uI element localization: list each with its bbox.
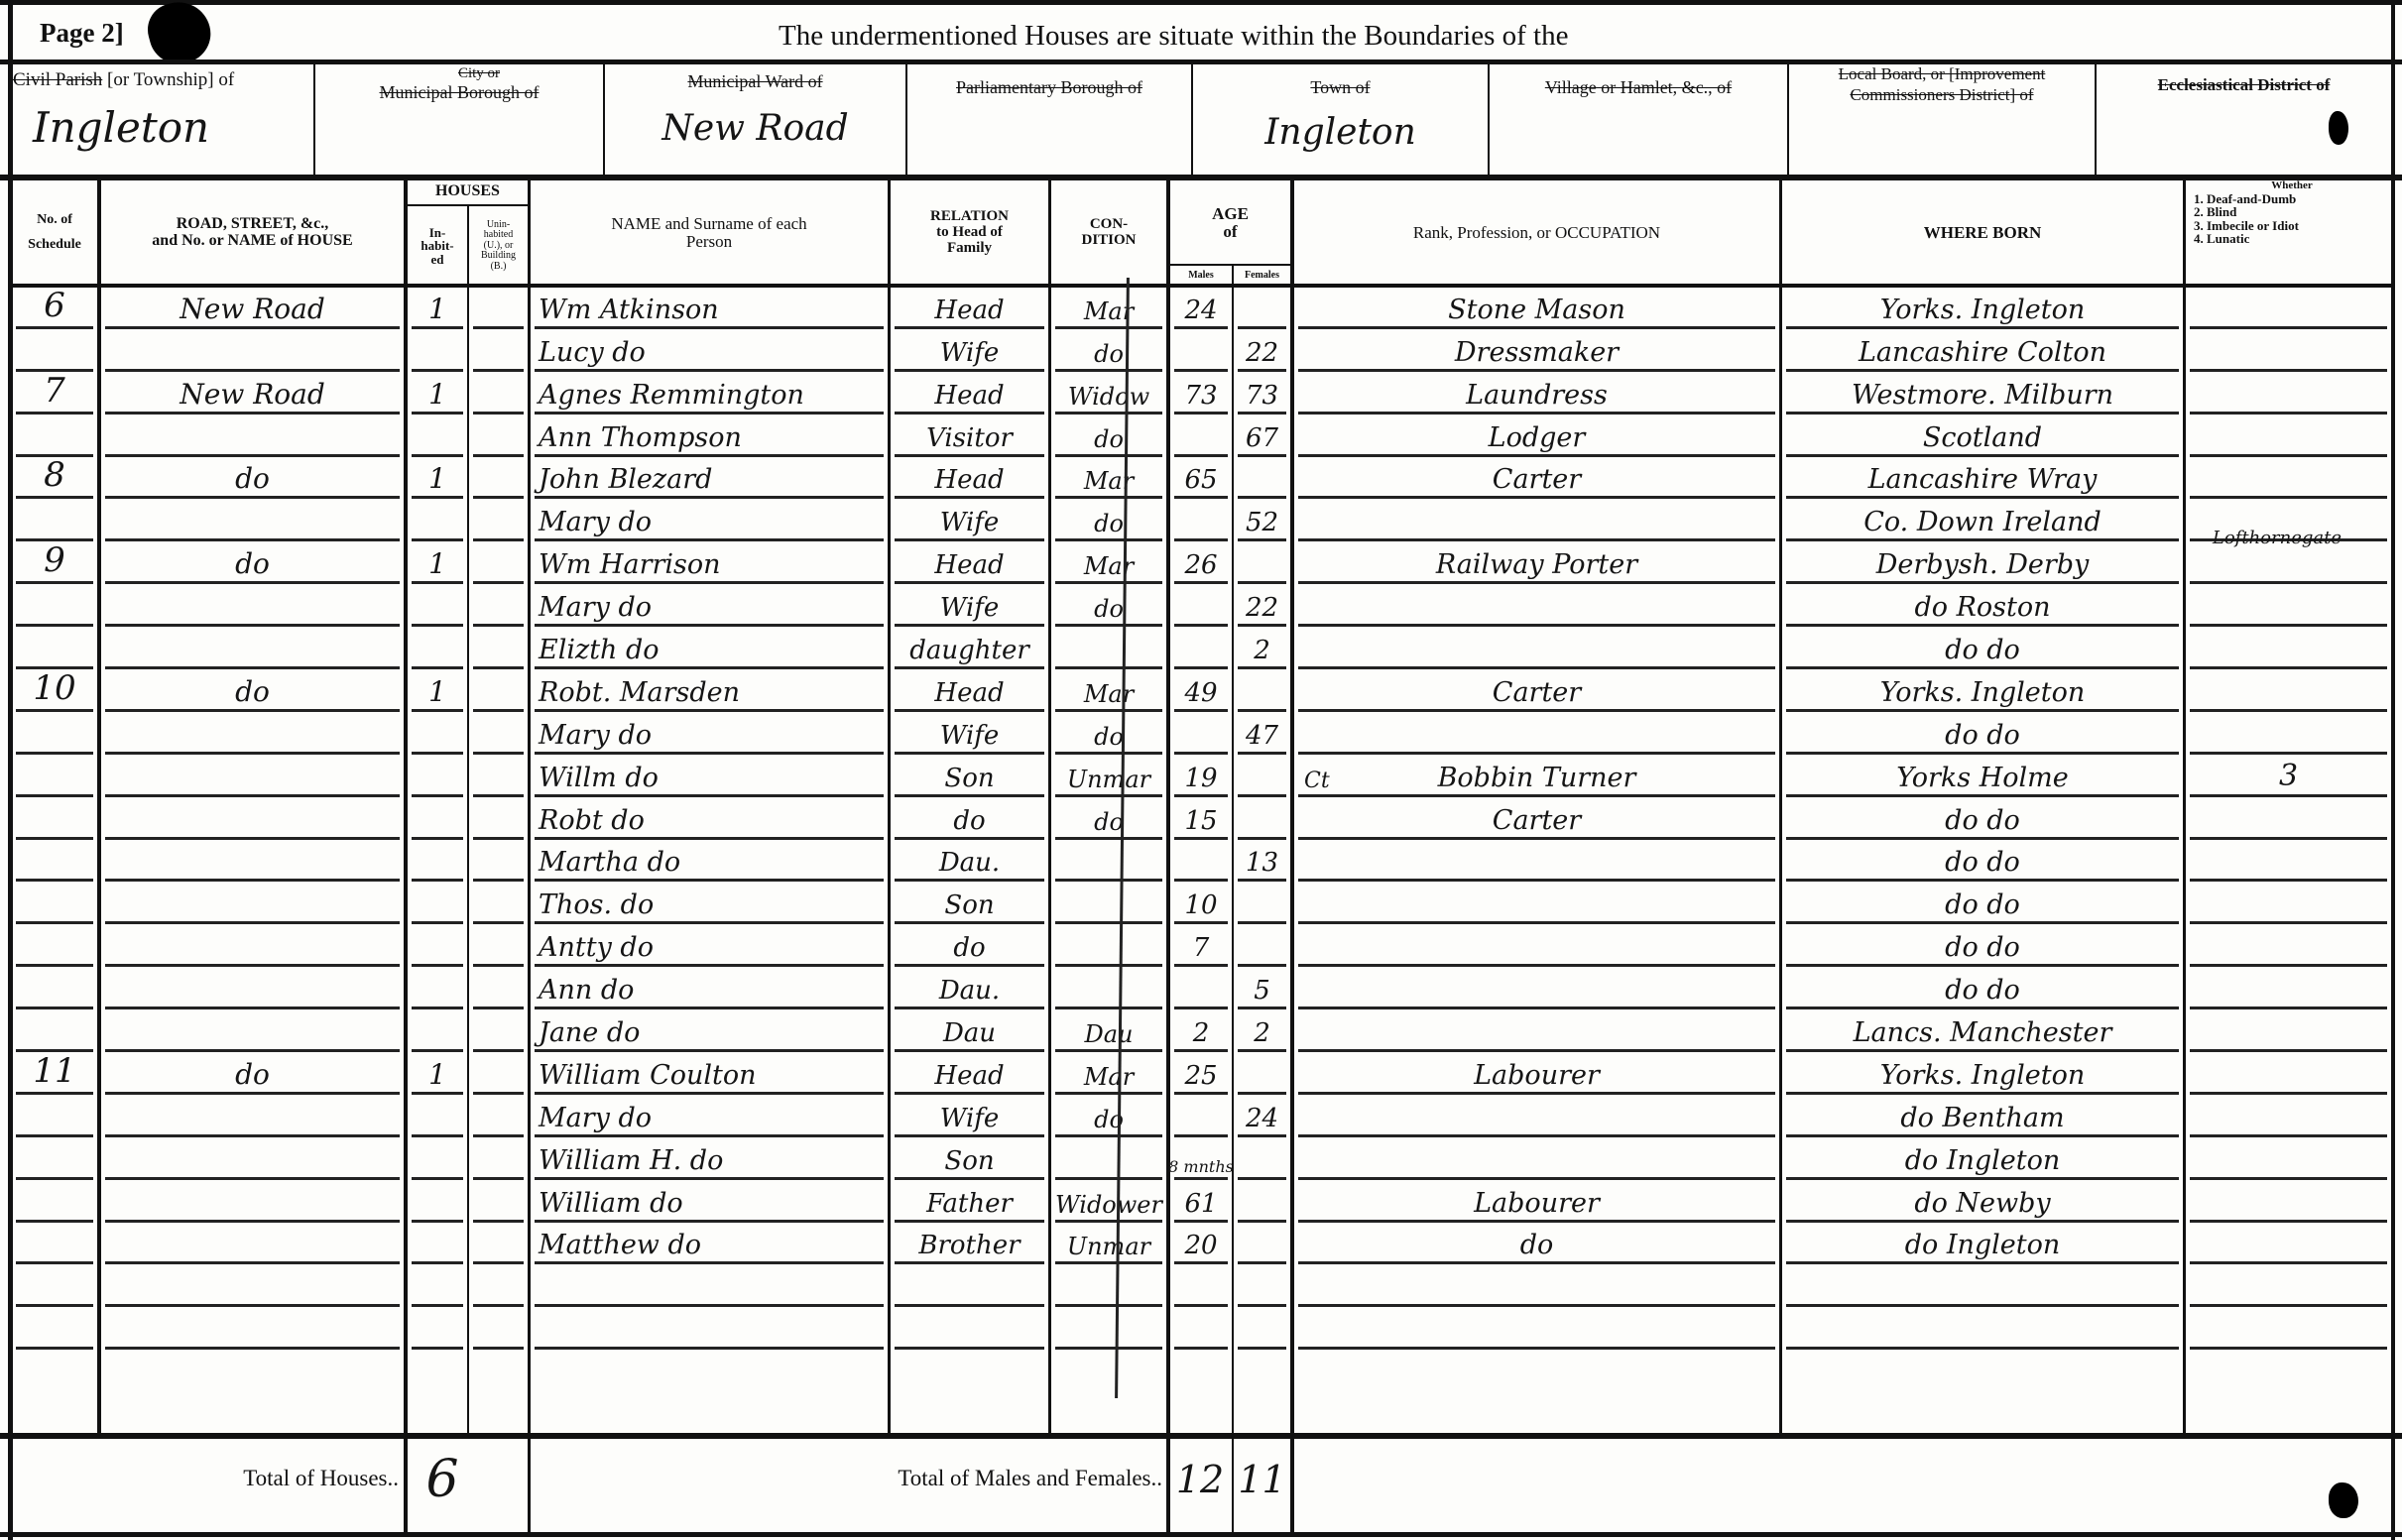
cell-occupation	[1294, 840, 1779, 883]
table-row: 9do1Wm HarrisonHeadMar26Railway PorterDe…	[0, 541, 2402, 584]
cell-relation: Dau	[891, 1009, 1048, 1052]
cell-road	[101, 797, 404, 840]
cell-occupation	[1294, 924, 1779, 967]
table-row: Antty dodo7do do	[0, 924, 2402, 967]
cell-schedule	[12, 584, 97, 627]
cell-condition	[1051, 1307, 1166, 1350]
cell-where-born: Yorks Holme	[1782, 755, 2183, 797]
cell-male-age	[1170, 1264, 1232, 1307]
cell-name: Jane do	[531, 1009, 888, 1052]
cell-female-age	[1234, 924, 1290, 967]
cell-condition	[1051, 967, 1166, 1009]
location-value: Ingleton	[33, 103, 310, 152]
total-houses-label: Total of Houses..	[99, 1466, 399, 1491]
cell-condition: do	[1051, 415, 1166, 457]
cell-inhabited	[408, 415, 467, 457]
cell-inhabited	[408, 712, 467, 755]
cell-name: Martha do	[531, 840, 888, 883]
cell-female-age	[1234, 882, 1290, 924]
cell-infirmity	[2186, 1009, 2391, 1052]
cell-schedule	[12, 1264, 97, 1307]
cell-where-born: do Bentham	[1782, 1095, 2183, 1137]
cell-inhabited	[408, 584, 467, 627]
cell-female-age: 22	[1234, 584, 1290, 627]
cell-occupation	[1294, 1009, 1779, 1052]
cell-relation: Son	[891, 1137, 1048, 1180]
table-row: Ann doDau.5do do	[0, 967, 2402, 1009]
cell-inhabited: 1	[408, 669, 467, 712]
col-header-name: NAME and Surname of eachPerson	[531, 180, 888, 286]
row-rule	[1174, 1347, 1228, 1350]
cell-schedule	[12, 627, 97, 669]
cell-road	[101, 1264, 404, 1307]
cell-relation: Dau.	[891, 840, 1048, 883]
cell-infirmity	[2186, 584, 2391, 627]
table-row: 11do1William CoultonHeadMar25LabourerYor…	[0, 1052, 2402, 1095]
cell-occupation	[1294, 712, 1779, 755]
cell-road: do	[101, 669, 404, 712]
cell-name: Mary do	[531, 1095, 888, 1137]
cell-where-born: Yorks. Ingleton	[1782, 669, 2183, 712]
location-town: Town of Ingleton	[1193, 77, 1488, 153]
totals-divider	[0, 1433, 2402, 1439]
cell-condition: Dau	[1051, 1009, 1166, 1052]
col-header-whether: Whether 1. Deaf-and-Dumb 2. Blind 3. Imb…	[2194, 180, 2390, 246]
cell-female-age: 24	[1234, 1095, 1290, 1137]
cell-schedule: 9	[12, 541, 97, 584]
cell-female-age	[1234, 1307, 1290, 1350]
cell-name: Wm Harrison	[531, 541, 888, 584]
cell-schedule	[12, 1180, 97, 1223]
cell-male-age: 7	[1170, 924, 1232, 967]
table-row: Mary doWifedo52Co. Down Ireland	[0, 499, 2402, 541]
table-row: Robt dododo15Carterdo do	[0, 797, 2402, 840]
cell-inhabited	[408, 627, 467, 669]
cell-male-age	[1170, 329, 1232, 372]
cell-male-age: 19	[1170, 755, 1232, 797]
row-rule	[895, 1347, 1044, 1350]
cell-condition: do	[1051, 1095, 1166, 1137]
total-houses-value: 6	[408, 1450, 477, 1509]
location-label-struck: Civil Parish	[13, 69, 102, 90]
location-label: [or Township] of	[107, 69, 234, 90]
table-row	[0, 1307, 2402, 1350]
cell-male-age	[1170, 584, 1232, 627]
cell-road	[101, 712, 404, 755]
table-row: Mary doWifedo22do Roston	[0, 584, 2402, 627]
cell-relation: Wife	[891, 499, 1048, 541]
cell-occupation: Stone Mason	[1294, 287, 1779, 329]
cell-infirmity	[2186, 924, 2391, 967]
cell-schedule	[12, 967, 97, 1009]
col-header-age: AGEof	[1170, 184, 1290, 262]
cell-inhabited	[408, 1264, 467, 1307]
cell-name: Wm Atkinson	[531, 287, 888, 329]
cell-condition	[1051, 1264, 1166, 1307]
table-row: Thos. doSon10do do	[0, 882, 2402, 924]
cell-name	[531, 1307, 888, 1350]
cell-occupation: do	[1294, 1223, 1779, 1265]
cell-female-age	[1234, 669, 1290, 712]
cell-inhabited: 1	[408, 287, 467, 329]
cell-inhabited: 1	[408, 541, 467, 584]
cell-inhabited	[408, 1180, 467, 1223]
cell-occupation	[1294, 1307, 1779, 1350]
census-table-body: 6New Road1Wm AtkinsonHeadMar24Stone Maso…	[0, 287, 2402, 1435]
cell-name: Ann do	[531, 967, 888, 1009]
cell-infirmity	[2186, 1052, 2391, 1095]
cell-occupation: Labourer	[1294, 1180, 1779, 1223]
col-header-inhabited: In-habit-ed	[408, 208, 467, 284]
row-rule	[1055, 1347, 1162, 1350]
cell-schedule: 10	[12, 669, 97, 712]
location-village: Village or Hamlet, &c., of	[1490, 77, 1787, 98]
cell-relation: Visitor	[891, 415, 1048, 457]
row-rule	[535, 1347, 884, 1350]
cell-schedule	[12, 1137, 97, 1180]
cell-infirmity	[2186, 882, 2391, 924]
cell-occupation: Laundress	[1294, 372, 1779, 415]
row-rule	[105, 1347, 400, 1350]
cell-male-age: 61	[1170, 1180, 1232, 1223]
cell-male-age	[1170, 1307, 1232, 1350]
cell-inhabited: 1	[408, 1052, 467, 1095]
cell-where-born: do do	[1782, 967, 2183, 1009]
table-row: 10do1Robt. MarsdenHeadMar49CarterYorks. …	[0, 669, 2402, 712]
cell-schedule	[12, 712, 97, 755]
cell-female-age: 5	[1234, 967, 1290, 1009]
cell-schedule	[12, 755, 97, 797]
cell-schedule: 8	[12, 457, 97, 500]
cell-schedule: 6	[12, 287, 97, 329]
cell-female-age	[1234, 1137, 1290, 1180]
cell-road	[101, 1009, 404, 1052]
cell-male-age	[1170, 967, 1232, 1009]
cell-schedule	[12, 924, 97, 967]
cell-female-age	[1234, 755, 1290, 797]
cell-where-born	[1782, 1264, 2183, 1307]
ink-mark	[2329, 111, 2348, 145]
cell-inhabited	[408, 967, 467, 1009]
table-row: Willm doSonUnmar19CtBobbin TurnerYorks H…	[0, 755, 2402, 797]
cell-name: Robt do	[531, 797, 888, 840]
cell-condition	[1051, 1137, 1166, 1180]
cell-where-born: Yorks. Ingleton	[1782, 1052, 2183, 1095]
location-civil-parish: Civil Parish [or Township] of Ingleton	[13, 69, 310, 152]
cell-relation: Head	[891, 287, 1048, 329]
cell-schedule	[12, 797, 97, 840]
location-ecclesiastical: Ecclesiastical District of	[2097, 75, 2391, 95]
table-row: William doFatherWidower61Labourerdo Newb…	[0, 1180, 2402, 1223]
cell-schedule	[12, 415, 97, 457]
cell-infirmity	[2186, 457, 2391, 500]
cell-relation: Son	[891, 755, 1048, 797]
table-row: 7New Road1Agnes RemmingtonHeadWidow7373L…	[0, 372, 2402, 415]
cell-name: Elizth do	[531, 627, 888, 669]
cell-schedule	[12, 1307, 97, 1350]
table-row: Elizth dodaughter2do do	[0, 627, 2402, 669]
table-row: William H. doSon8 mnthsdo Ingleton	[0, 1137, 2402, 1180]
cell-schedule	[12, 1095, 97, 1137]
cell-relation: Head	[891, 457, 1048, 500]
cell-schedule: 7	[12, 372, 97, 415]
cell-where-born: Lancashire Wray	[1782, 457, 2183, 500]
cell-road	[101, 329, 404, 372]
cell-occupation: Lodger	[1294, 415, 1779, 457]
cell-road: New Road	[101, 372, 404, 415]
cell-where-born: Co. Down Ireland	[1782, 499, 2183, 541]
cell-male-age: 10	[1170, 882, 1232, 924]
cell-male-age	[1170, 840, 1232, 883]
row-rule	[1238, 1347, 1286, 1350]
cell-condition	[1051, 840, 1166, 883]
cell-condition: Mar	[1051, 541, 1166, 584]
cell-where-born	[1782, 1307, 2183, 1350]
page-title: The undermentioned Houses are situate wi…	[779, 20, 1568, 53]
cell-male-age: 24	[1170, 287, 1232, 329]
cell-infirmity	[2186, 1264, 2391, 1307]
total-persons-label: Total of Males and Females..	[615, 1466, 1162, 1491]
cell-male-age: 2	[1170, 1009, 1232, 1052]
col-header-houses: HOUSES	[408, 182, 528, 200]
cell-schedule	[12, 1009, 97, 1052]
location-local-board: Local Board, or [Improvement Commissione…	[1789, 63, 2095, 106]
cell-female-age: 52	[1234, 499, 1290, 541]
cell-occupation	[1294, 967, 1779, 1009]
cell-name: William Coulton	[531, 1052, 888, 1095]
cell-name: Ann Thompson	[531, 415, 888, 457]
page-label: Page 2]	[40, 18, 124, 49]
cell-female-age: 22	[1234, 329, 1290, 372]
cell-relation: Wife	[891, 329, 1048, 372]
cell-female-age	[1234, 1180, 1290, 1223]
total-females-value: 11	[1234, 1458, 1290, 1501]
cell-relation: Father	[891, 1180, 1048, 1223]
cell-inhabited	[408, 499, 467, 541]
cell-male-age: 15	[1170, 797, 1232, 840]
cell-where-born: do do	[1782, 840, 2183, 883]
cell-road: New Road	[101, 287, 404, 329]
col-header-relation: RELATIONto Head ofFamily	[891, 180, 1048, 286]
cell-condition: Widower	[1051, 1180, 1166, 1223]
cell-relation: Wife	[891, 712, 1048, 755]
cell-occupation	[1294, 584, 1779, 627]
table-row: 6New Road1Wm AtkinsonHeadMar24Stone Maso…	[0, 287, 2402, 329]
cell-condition: Mar	[1051, 457, 1166, 500]
cell-infirmity	[2186, 287, 2391, 329]
cell-infirmity	[2186, 712, 2391, 755]
cell-infirmity: 3	[2186, 755, 2391, 797]
cell-where-born: do Ingleton	[1782, 1223, 2183, 1265]
cell-female-age: 2	[1234, 627, 1290, 669]
table-row: Mary doWifedo47do do	[0, 712, 2402, 755]
cell-relation: daughter	[891, 627, 1048, 669]
cell-infirmity	[2186, 1137, 2391, 1180]
cell-condition: Unmar	[1051, 1223, 1166, 1265]
row-rule	[1786, 1347, 2179, 1350]
cell-male-age: 73	[1170, 372, 1232, 415]
total-males-value: 12	[1168, 1458, 1232, 1501]
cell-infirmity	[2186, 372, 2391, 415]
cell-occupation	[1294, 1095, 1779, 1137]
cell-occupation: Labourer	[1294, 1052, 1779, 1095]
cell-schedule	[12, 499, 97, 541]
cell-name	[531, 1264, 888, 1307]
cell-infirmity	[2186, 541, 2391, 584]
cell-male-age: 65	[1170, 457, 1232, 500]
table-row	[0, 1264, 2402, 1307]
cell-relation	[891, 1264, 1048, 1307]
cell-male-age	[1170, 499, 1232, 541]
cell-schedule	[12, 1223, 97, 1265]
cell-occupation: Carter	[1294, 797, 1779, 840]
cell-road	[101, 499, 404, 541]
cell-name: John Blezard	[531, 457, 888, 500]
cell-infirmity	[2186, 669, 2391, 712]
cell-road: do	[101, 541, 404, 584]
col-header-schedule: No. ofSchedule	[12, 180, 97, 286]
cell-infirmity	[2186, 967, 2391, 1009]
cell-female-age	[1234, 457, 1290, 500]
cell-female-age: 2	[1234, 1009, 1290, 1052]
cell-road	[101, 584, 404, 627]
cell-inhabited	[408, 1009, 467, 1052]
cell-name: Matthew do	[531, 1223, 888, 1265]
cell-relation: do	[891, 797, 1048, 840]
cell-female-age	[1234, 1223, 1290, 1265]
row-rule	[1298, 1347, 1775, 1350]
cell-inhabited: 1	[408, 457, 467, 500]
cell-infirmity	[2186, 797, 2391, 840]
cell-condition: do	[1051, 584, 1166, 627]
location-parliamentary-borough: Parliamentary Borough of	[907, 77, 1191, 98]
cell-relation: do	[891, 924, 1048, 967]
cell-infirmity	[2186, 1307, 2391, 1350]
cell-male-age	[1170, 712, 1232, 755]
cell-condition	[1051, 627, 1166, 669]
cell-where-born: Westmore. Milburn	[1782, 372, 2183, 415]
cell-name: Mary do	[531, 499, 888, 541]
table-row: 8do1John BlezardHeadMar65CarterLancashir…	[0, 457, 2402, 500]
cell-inhabited	[408, 1095, 467, 1137]
cell-occupation	[1294, 499, 1779, 541]
cell-inhabited	[408, 797, 467, 840]
cell-relation: Head	[891, 372, 1048, 415]
cell-name: Agnes Remmington	[531, 372, 888, 415]
cell-inhabited	[408, 755, 467, 797]
cell-female-age	[1234, 1264, 1290, 1307]
cell-road	[101, 1137, 404, 1180]
cell-occupation	[1294, 627, 1779, 669]
cell-where-born: do do	[1782, 797, 2183, 840]
table-row: Lucy doWifedo22DressmakerLancashire Colt…	[0, 329, 2402, 372]
row-rule	[16, 1347, 93, 1350]
cell-inhabited	[408, 882, 467, 924]
census-page: Page 2] The undermentioned Houses are si…	[0, 0, 2402, 1540]
cell-schedule: 11	[12, 1052, 97, 1095]
cell-where-born: do Newby	[1782, 1180, 2183, 1223]
cell-female-age	[1234, 1052, 1290, 1095]
cell-road	[101, 882, 404, 924]
cell-relation: Wife	[891, 584, 1048, 627]
cell-where-born: Lancashire Colton	[1782, 329, 2183, 372]
cell-road	[101, 415, 404, 457]
cell-female-age	[1234, 287, 1290, 329]
cell-occupation: Carter	[1294, 669, 1779, 712]
occupation-prefix: Ct	[1304, 769, 1330, 793]
cell-occupation	[1294, 1264, 1779, 1307]
cell-schedule	[12, 329, 97, 372]
cell-occupation: Railway Porter	[1294, 541, 1779, 584]
location-municipal-borough: City or Municipal Borough of	[315, 65, 603, 103]
col-header-condition: CON-DITION	[1051, 180, 1166, 286]
cell-where-born: do Ingleton	[1782, 1137, 2183, 1180]
cell-occupation: CtBobbin Turner	[1294, 755, 1779, 797]
cell-relation: Wife	[891, 1095, 1048, 1137]
table-row: Mary doWifedo24do Bentham	[0, 1095, 2402, 1137]
cell-female-age	[1234, 541, 1290, 584]
row-rule	[412, 1347, 463, 1350]
cell-condition	[1051, 924, 1166, 967]
cell-male-age: 8 mnths	[1170, 1137, 1232, 1180]
cell-occupation: Dressmaker	[1294, 329, 1779, 372]
cell-name: Mary do	[531, 712, 888, 755]
table-row: Matthew doBrotherUnmar20dodo Ingleton	[0, 1223, 2402, 1265]
cell-inhabited: 1	[408, 372, 467, 415]
cell-male-age	[1170, 1095, 1232, 1137]
top-border	[0, 0, 2402, 5]
col-header-females: Females	[1234, 266, 1290, 286]
cell-road	[101, 1180, 404, 1223]
cell-inhabited	[408, 1223, 467, 1265]
cell-male-age: 25	[1170, 1052, 1232, 1095]
cell-female-age	[1234, 797, 1290, 840]
cell-male-age: 49	[1170, 669, 1232, 712]
cell-road	[101, 1095, 404, 1137]
cell-female-age: 73	[1234, 372, 1290, 415]
cell-road	[101, 627, 404, 669]
cell-condition: Widow	[1051, 372, 1166, 415]
cell-relation: Dau.	[891, 967, 1048, 1009]
table-row: Jane doDauDau22Lancs. Manchester	[0, 1009, 2402, 1052]
bottom-border	[0, 1532, 2402, 1537]
cell-relation: Head	[891, 1052, 1048, 1095]
cell-road	[101, 840, 404, 883]
cell-road: do	[101, 457, 404, 500]
cell-male-age: 26	[1170, 541, 1232, 584]
cell-condition: Mar	[1051, 1052, 1166, 1095]
cell-infirmity	[2186, 840, 2391, 883]
cell-road: do	[101, 1052, 404, 1095]
cell-infirmity	[2186, 1095, 2391, 1137]
col-header-where-born: WHERE BORN	[1782, 180, 2183, 286]
cell-road	[101, 1307, 404, 1350]
cell-male-age	[1170, 415, 1232, 457]
cell-infirmity	[2186, 329, 2391, 372]
cell-female-age: 13	[1234, 840, 1290, 883]
ink-blot-bottom	[2329, 1482, 2358, 1518]
cell-where-born: Scotland	[1782, 415, 2183, 457]
row-rule	[2190, 1347, 2387, 1350]
cell-inhabited	[408, 840, 467, 883]
row-rule	[473, 1347, 524, 1350]
cell-infirmity	[2186, 627, 2391, 669]
cell-infirmity	[2186, 415, 2391, 457]
cell-condition: do	[1051, 499, 1166, 541]
cell-relation: Brother	[891, 1223, 1048, 1265]
cell-name: William do	[531, 1180, 888, 1223]
cell-condition	[1051, 882, 1166, 924]
